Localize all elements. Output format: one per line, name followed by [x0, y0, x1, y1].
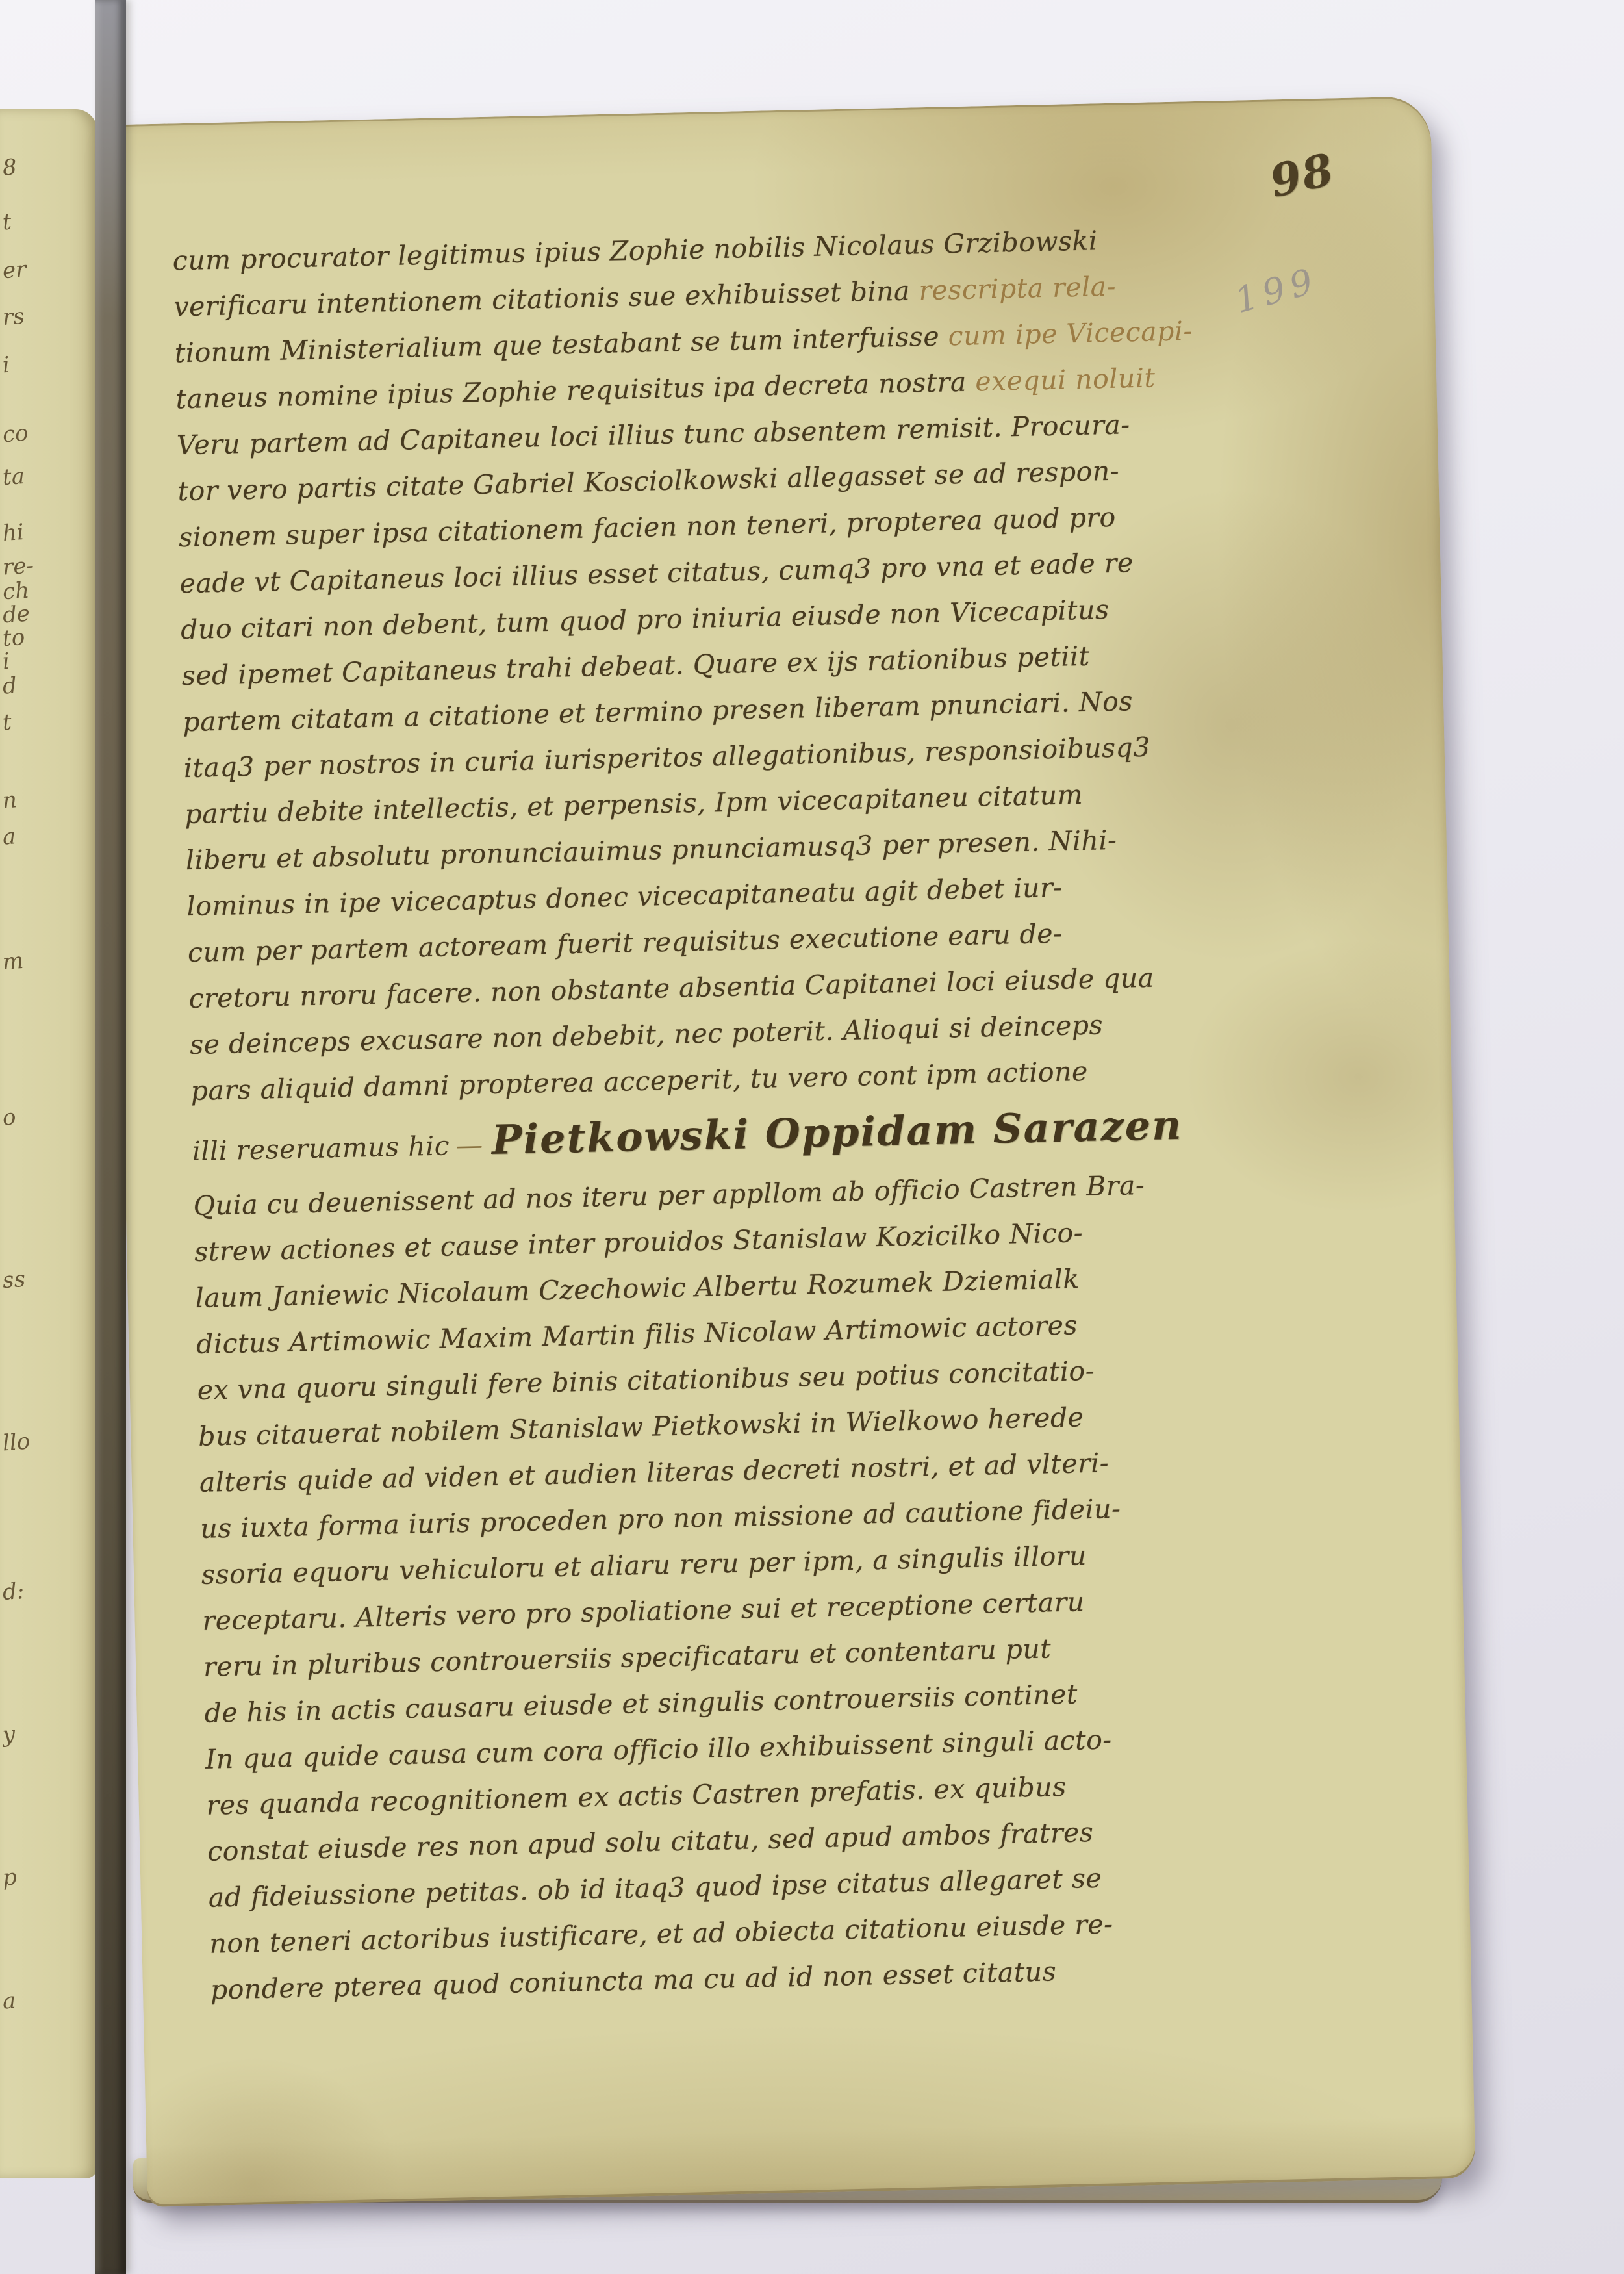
facing-page-fragment: m	[2, 948, 25, 975]
facing-page-fragment: a	[2, 823, 17, 850]
folio-number-ink: 98	[1265, 144, 1339, 208]
facing-page-fragment: p	[2, 1864, 18, 1891]
manuscript-text: cum procurator legitimus ipius Zophie no…	[172, 215, 1266, 2013]
facing-page-fragment: co	[2, 420, 29, 448]
facing-page-fragment: 8	[2, 154, 18, 181]
heading-flourish: —	[456, 1129, 483, 1161]
paragraph-2: Quia cu deuenissent ad nos iteru per app…	[193, 1160, 1266, 2013]
facing-page-fragment: i	[2, 352, 11, 379]
facing-page-fragment: t	[2, 709, 12, 736]
facing-page-edge: 8terrsicotahire-chdetoidtnamossllod:ypa	[0, 109, 97, 2178]
facing-page-fragment: llo	[2, 1429, 31, 1457]
facing-page-fragment: y	[2, 1721, 16, 1748]
paragraph-1: cum procurator legitimus ipius Zophie no…	[172, 215, 1247, 1114]
heading-prefix: illi reseruamus hic	[192, 1130, 450, 1167]
facing-page-fragment: d:	[2, 1578, 25, 1605]
section-heading: Pietkowski Oppidam Sarazen	[491, 1101, 1183, 1164]
facing-page-fragment: to	[2, 624, 26, 652]
folio-number-pencil: 199	[1230, 259, 1323, 321]
facing-page-fragment: a	[2, 1987, 17, 2014]
facing-page-fragment: rs	[2, 303, 25, 331]
manuscript-page: 98 199 cum procurator legitimus ipius Zo…	[102, 96, 1475, 2207]
photograph-backdrop: 8terrsicotahire-chdetoidtnamossllod:ypa …	[0, 0, 1624, 2274]
facing-page-fragment: n	[2, 787, 18, 813]
facing-page-fragment: i	[2, 648, 11, 675]
facing-page-fragment: o	[2, 1104, 17, 1131]
facing-page-fragment: ta	[2, 463, 26, 491]
facing-page-fragment: er	[2, 257, 27, 284]
facing-page-fragment: d	[2, 672, 18, 699]
facing-page-fragment: ss	[2, 1266, 27, 1294]
facing-page-fragment: hi	[2, 519, 25, 546]
facing-page-fragment: re-	[2, 552, 35, 580]
book-gutter-rod	[95, 0, 126, 2274]
facing-page-fragment: t	[2, 209, 12, 236]
